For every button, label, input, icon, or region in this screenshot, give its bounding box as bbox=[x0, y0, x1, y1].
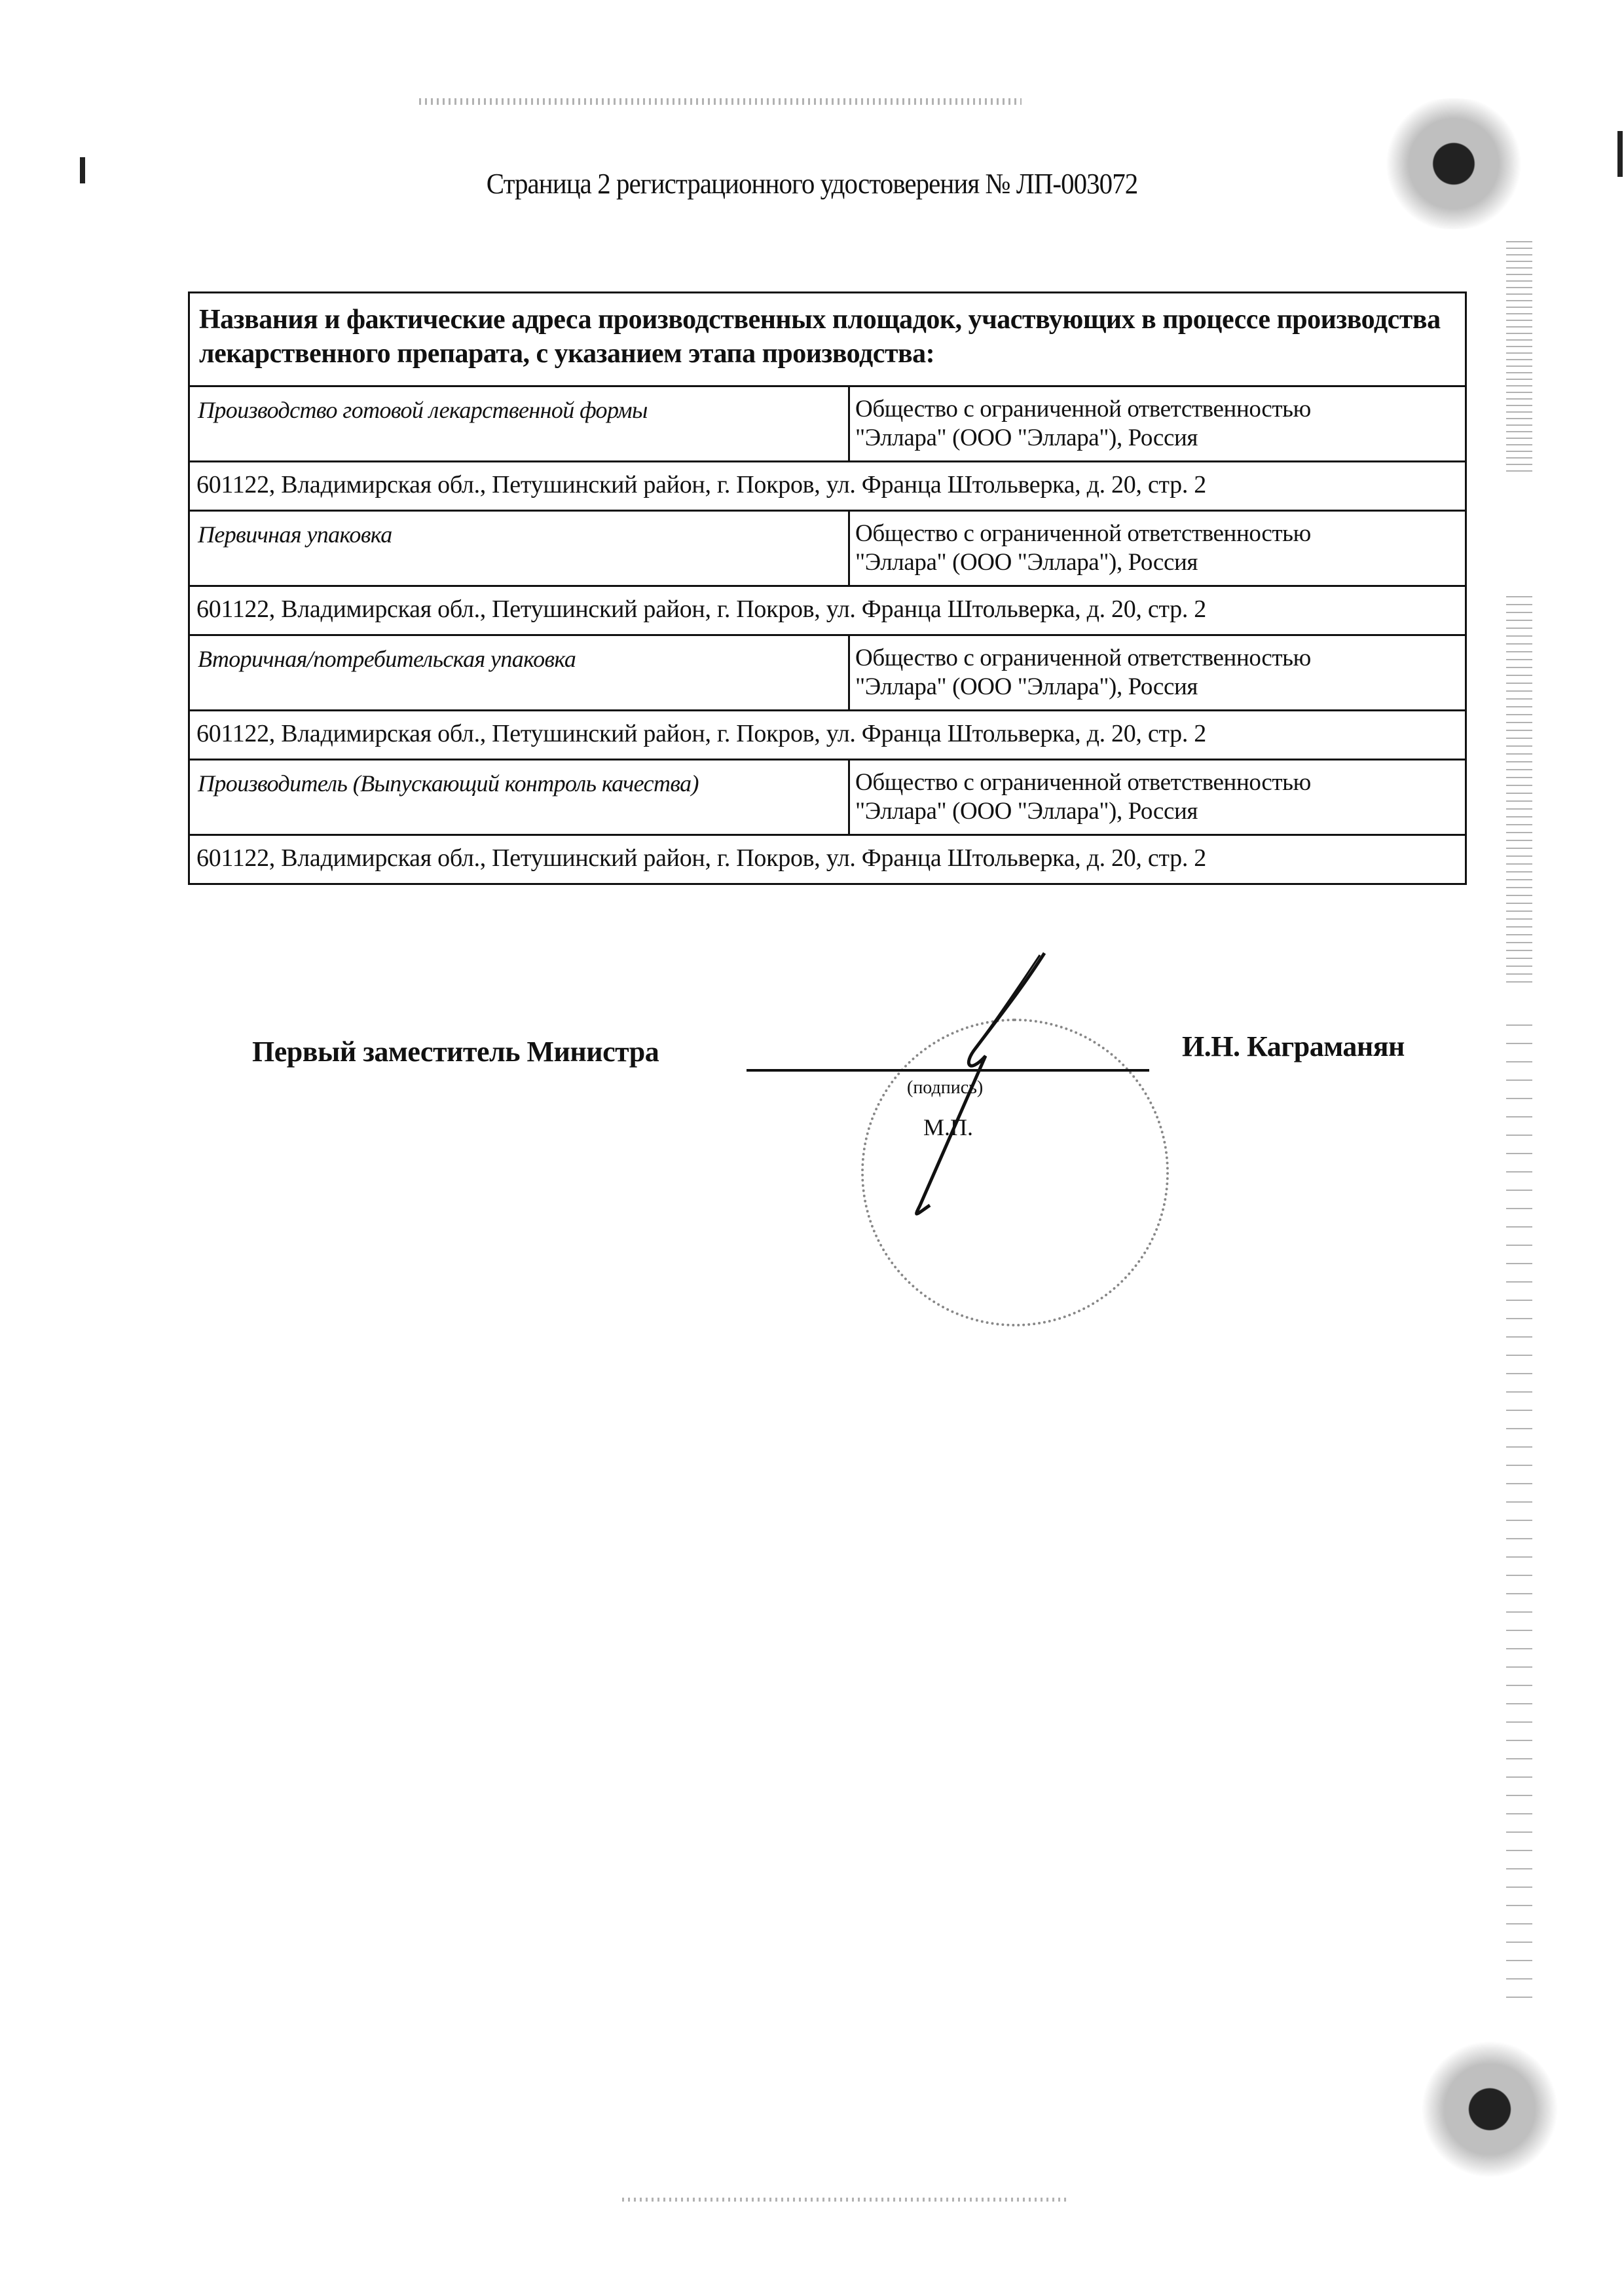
production-sites-table: Названия и фактические адреса производст… bbox=[188, 291, 1467, 885]
organization-line1: Общество с ограниченной ответственностью bbox=[855, 644, 1465, 673]
organization-cell: Общество с ограниченной ответственностью… bbox=[848, 636, 1465, 709]
table-row-stage: Производитель (Выпускающий контроль каче… bbox=[190, 759, 1465, 834]
stage-name: Вторичная/потребительская упаковка bbox=[190, 636, 848, 709]
scan-noise-bottom bbox=[622, 2198, 1067, 2202]
scan-blob-bottom-right bbox=[1408, 2031, 1572, 2188]
organization-line2: "Эллара" (ООО "Эллара"), Россия bbox=[855, 797, 1465, 826]
organization-cell: Общество с ограниченной ответственностью… bbox=[848, 760, 1465, 834]
signature-caption: (подпись) bbox=[907, 1078, 983, 1098]
table-row-stage: Первичная упаковка Общество с ограниченн… bbox=[190, 510, 1465, 585]
signatory-position: Первый заместитель Министра bbox=[252, 1035, 659, 1068]
organization-line1: Общество с ограниченной ответственностью bbox=[855, 395, 1465, 424]
scan-noise-top bbox=[419, 98, 1022, 105]
organization-cell: Общество с ограниченной ответственностью… bbox=[848, 387, 1465, 460]
signature-line bbox=[747, 1069, 1149, 1072]
signatory-name: И.Н. Каграманян bbox=[1182, 1030, 1405, 1063]
scan-dot-right-edge bbox=[1617, 131, 1623, 177]
scan-noise-right-edge-1 bbox=[1506, 236, 1532, 472]
table-row-stage: Производство готовой лекарственной формы… bbox=[190, 385, 1465, 460]
stage-name: Производство готовой лекарственной формы bbox=[190, 387, 848, 460]
organization-line1: Общество с ограниченной ответственностью bbox=[855, 768, 1465, 797]
scan-noise-right-edge-2 bbox=[1506, 590, 1532, 983]
organization-line2: "Эллара" (ООО "Эллара"), Россия bbox=[855, 673, 1465, 702]
stage-name: Производитель (Выпускающий контроль каче… bbox=[190, 760, 848, 834]
organization-line2: "Эллара" (ООО "Эллара"), Россия bbox=[855, 424, 1465, 453]
stage-name: Первичная упаковка bbox=[190, 512, 848, 585]
table-row-address: 601122, Владимирская обл., Петушинский р… bbox=[190, 709, 1465, 759]
table-row-address: 601122, Владимирская обл., Петушинский р… bbox=[190, 834, 1465, 883]
scan-blob-top-right bbox=[1362, 98, 1545, 229]
table-row-address: 601122, Владимирская обл., Петушинский р… bbox=[190, 460, 1465, 510]
scan-noise-right-edge-3 bbox=[1506, 1015, 1532, 1998]
organization-line2: "Эллара" (ООО "Эллара"), Россия bbox=[855, 548, 1465, 577]
signature-block: Первый заместитель Министра И.Н. Каграма… bbox=[0, 1035, 1624, 1100]
organization-line1: Общество с ограниченной ответственностью bbox=[855, 519, 1465, 548]
table-row-stage: Вторичная/потребительская упаковка Общес… bbox=[190, 634, 1465, 709]
page-title: Страница 2 регистрационного удостоверени… bbox=[57, 167, 1567, 200]
table-header: Названия и фактические адреса производст… bbox=[190, 293, 1465, 385]
table-row-address: 601122, Владимирская обл., Петушинский р… bbox=[190, 585, 1465, 634]
seal-caption: М.П. bbox=[923, 1114, 973, 1141]
organization-cell: Общество с ограниченной ответственностью… bbox=[848, 512, 1465, 585]
